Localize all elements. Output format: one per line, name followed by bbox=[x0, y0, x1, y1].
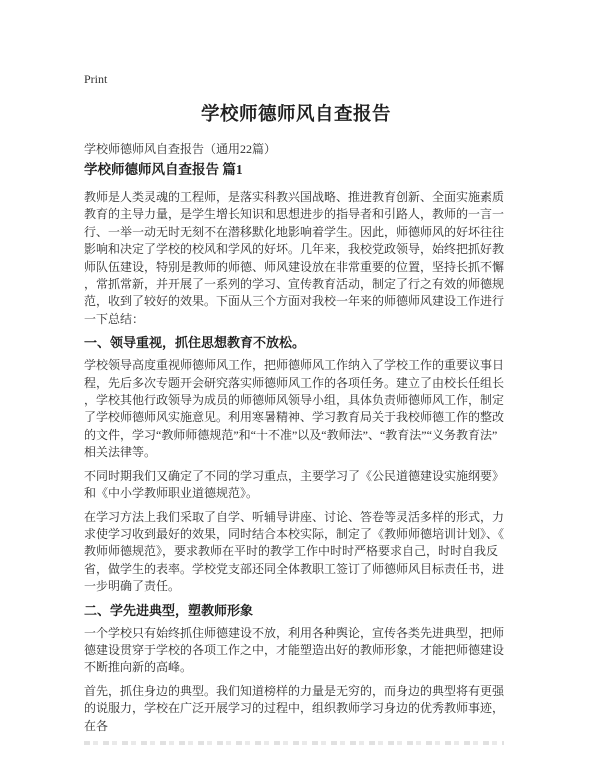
article-title: 学校师德师风自查报告 篇1 bbox=[84, 161, 508, 178]
print-button[interactable]: Print bbox=[84, 73, 107, 85]
document-content: Print 学校师德师风自查报告 学校师德师风自查报告（通用22篇） 学校师德师… bbox=[84, 70, 508, 745]
paragraph-5: 一个学校只有始终抓住师德建设不放，利用各种舆论，宣传各类先进典型，把师德建设贯穿… bbox=[84, 625, 508, 677]
paragraph-2: 学校领导高度重视师德师风工作，把师德师风工作纳入了学校工作的重要议事日程，先后多… bbox=[84, 357, 508, 461]
paragraph-1: 教师是人类灵魂的工程师，是落实科教兴国战略、推进教育创新、全面实施素质教育的主导… bbox=[84, 189, 508, 328]
section-heading-1: 一、领导重视，抓住思想教育不放松。 bbox=[84, 334, 508, 351]
paragraph-6: 首先，抓住身边的典型。我们知道榜样的力量是无穷的，而身边的典型将有更强的说服力，… bbox=[84, 683, 508, 735]
paragraph-3: 不同时期我们又确定了不同的学习重点，主要学习了《公民道德建设实施纲要》和《中小学… bbox=[84, 468, 508, 503]
paragraph-4: 在学习方法上我们采取了自学、听辅导讲座、讨论、答卷等灵活多样的形式，力求使学习收… bbox=[84, 509, 508, 596]
document-title: 学校师德师风自查报告 bbox=[84, 106, 508, 125]
section-heading-2: 二、学先进典型，塑教师形象 bbox=[84, 602, 508, 619]
clipped-text-line bbox=[84, 741, 504, 745]
document-page: Print 学校师德师风自查报告 学校师德师风自查报告（通用22篇） 学校师德师… bbox=[0, 0, 600, 776]
document-subtitle: 学校师德师风自查报告（通用22篇） bbox=[84, 142, 508, 156]
